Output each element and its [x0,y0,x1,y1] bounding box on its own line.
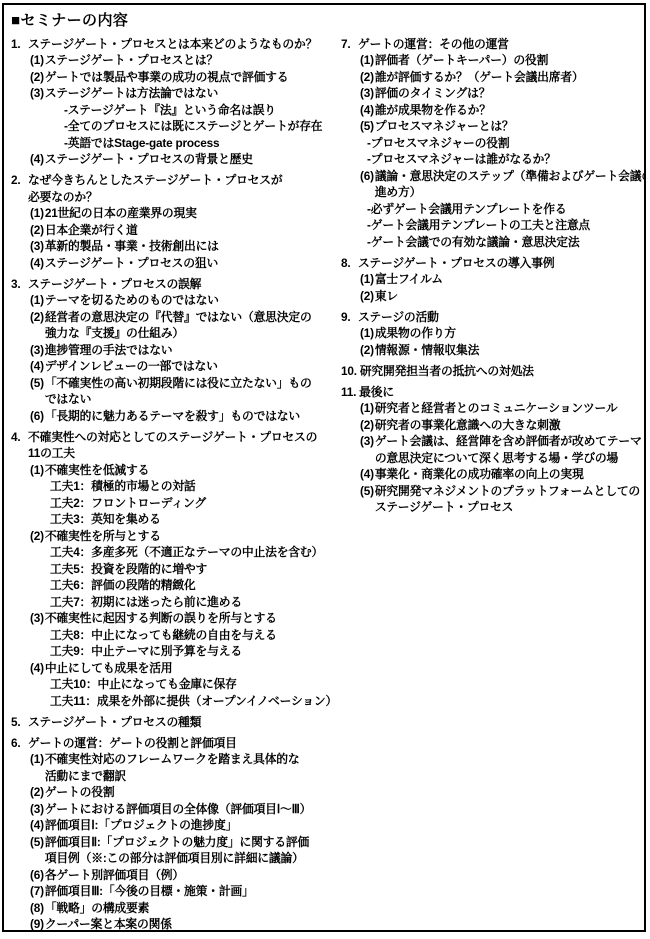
outline-subitem: -プロセスマネジャーは誰がなるか？ [367,151,639,168]
item-text: 「戦略」の構成要素 [45,900,149,917]
outline-item: (4)評価項目Ⅰ:「プロジェクトの進捗度」 [30,817,341,834]
outline-subitem: -プロセスマネジャーの役割 [367,135,639,152]
item-label: 9. [341,309,358,326]
item-label: (4) [30,660,45,677]
item-text: 工夫6：評価の段階的精緻化 [50,577,196,594]
item-label: (2) [360,69,375,86]
item-label: (5) [360,118,375,135]
item-label: (1) [30,462,45,479]
outline-item: (2)不確実性を所与とする [30,528,341,545]
outline-item: (1)21世紀の日本の産業界の現実 [30,205,341,222]
section-3: 3.ステージゲート・プロセスの誤解(1)テーマを切るためのものではない(2)経営… [11,276,341,425]
item-label: (4) [30,817,45,834]
outline-item: (3)ゲート会議は、経営陣を含め評価者が改めてテーマの意思決定について深く思考す… [360,433,639,466]
item-label: (2) [30,784,45,801]
outline-item: (3)ステージゲートは方法論ではない [30,85,341,102]
item-label: (3) [360,85,375,102]
item-text: 各ゲート別評価項目（例） [45,867,184,884]
item-text: なぜ今きちんとしたステージゲート・プロセスが必要なのか？ [28,172,282,205]
item-text: 研究開発マネジメントのプラットフォームとしてのステージゲート・プロセス [375,483,640,516]
outline-item: (2)日本企業が行く道 [30,222,341,239]
item-text: 成果物の作り方 [375,325,456,342]
outline-subitem: 工夫3：英知を集める [50,511,341,528]
outline-subitem: 工夫10：中止になっても金庫に保存 [50,676,341,693]
item-text: 不確実性に起因する判断の誤りを所与とする [45,610,277,627]
item-text: デザインレビューの一部ではない [45,358,218,375]
section-5: 5.ステージゲート・プロセスの種類 [11,714,341,731]
outline-columns: 1.ステージゲート・プロセスとは本来どのようなものか？(1)ステージゲート・プロ… [11,31,639,932]
item-label: (3) [360,433,375,450]
item-label: 8. [341,255,358,272]
item-label: (2) [30,69,45,86]
item-text: 経営者の意思決定の『代替』ではない（意思決定の強力な『支援』の仕組み） [45,309,312,342]
item-text: ステージゲート・プロセスの誤解 [28,276,201,293]
section-heading: 4.不確実性への対応としてのステージゲート・プロセスの11の工夫 [11,429,341,462]
item-label: (6) [360,168,375,185]
item-text: 中止にしても成果を活用 [45,660,173,677]
item-label: (4) [360,102,375,119]
item-label: 4. [11,429,28,446]
section-heading: 10.研究開発担当者の抵抗への対処法 [341,363,639,380]
item-label: (4) [30,358,45,375]
outline-item: (2)経営者の意思決定の『代替』ではない（意思決定の強力な『支援』の仕組み） [30,309,341,342]
outline-item: (6)「長期的に魅力あるテーマを殺す」ものではない [30,408,341,425]
outline-subitem: -英語ではStage-gate process [64,135,341,152]
item-label: (3) [30,238,45,255]
item-text: 工夫8：中止になっても継続の自由を与える [50,627,277,644]
item-text: 「不確実性の高い初期段階には役に立たない」ものではない [45,375,312,408]
outline-item: (4)ステージゲート・プロセスの狙い [30,255,341,272]
item-text: 工夫9：中止テーマに別予算を与える [50,643,242,660]
outline-item: (6)各ゲート別評価項目（例） [30,867,341,884]
item-text: ゲートにおける評価項目の全体像（評価項目Ⅰ～Ⅲ） [45,801,311,818]
item-text: 工夫11：成果を外部に提供（オープンイノベーション） [50,693,337,710]
item-text: 評価項目Ⅲ:「今後の目標・施策・計画」 [45,883,254,900]
section-7: 7.ゲートの運営：その他の運営(1)評価者（ゲートキーパー）の役割(2)誰が評価… [341,36,639,251]
item-text: 工夫2：フロントローディング [50,495,206,512]
outline-item: (2)情報源・情報収集法 [360,342,639,359]
item-label: (6) [30,408,45,425]
item-text: ゲートの運営：ゲートの役割と評価項目 [28,735,237,752]
item-text: -ゲート会議での有効な議論・意思決定法 [367,234,579,251]
outline-item: (4)中止にしても成果を活用 [30,660,341,677]
item-text: 最後に [359,384,394,401]
item-text: ステージゲート・プロセスの種類 [28,714,201,731]
outline-subitem: 工夫11：成果を外部に提供（オープンイノベーション） [50,693,341,710]
item-text: 日本企業が行く道 [45,222,138,239]
outline-subitem: -全てのプロセスには既にステージとゲートが存在 [64,118,341,135]
outline-item: (1)成果物の作り方 [360,325,639,342]
item-text: 研究者の事業化意識への大きな刺激 [375,417,561,434]
item-text: -必ずゲート会議用テンプレートを作る [367,201,566,218]
item-text: ステージゲート・プロセスの背景と歴史 [45,151,253,168]
item-text: 事業化・商業化の成功確率の向上の実現 [375,466,584,483]
item-label: 10. [341,363,360,380]
item-label: 5. [11,714,28,731]
outline-subitem: 工夫6：評価の段階的精緻化 [50,577,341,594]
outline-subitem: 工夫1：積極的市場との対話 [50,478,341,495]
outline-subitem: 工夫7：初期には迷ったら前に進める [50,594,341,611]
section-heading: 6.ゲートの運営：ゲートの役割と評価項目 [11,735,341,752]
item-text: -プロセスマネジャーは誰がなるか？ [367,151,556,168]
item-label: (1) [30,751,45,768]
section-2: 2.なぜ今きちんとしたステージゲート・プロセスが必要なのか？(1)21世紀の日本… [11,172,341,271]
outline-item: (1)評価者（ゲートキーパー）の役割 [360,52,639,69]
item-label: (3) [30,610,45,627]
page-title: ■セミナーの内容 [11,11,639,30]
item-text: テーマを切るためのものではない [45,292,219,309]
item-text: クーパー案と本案の関係 [45,916,172,932]
item-text: 評価項目Ⅰ:「プロジェクトの進捗度」 [45,817,237,834]
item-label: (2) [360,342,375,359]
item-text: 評価者（ゲートキーパー）の役割 [375,52,548,69]
item-text: プロセスマネジャーとは？ [375,118,514,135]
item-label: 2. [11,172,28,189]
item-label: (6) [30,867,45,884]
item-text: ステージゲート・プロセスとは本来どのようなものか？ [28,36,317,53]
item-label: (3) [30,342,45,359]
item-label: (5) [360,483,375,500]
outline-item: (1)富士フイルム [360,271,639,288]
outline-item: (5)プロセスマネジャーとは？ [360,118,639,135]
item-text: 評価項目Ⅱ:「プロジェクトの魅力度」に関する評価項目例（※:この部分は評価項目別… [45,834,309,867]
section-heading: 7.ゲートの運営：その他の運営 [341,36,639,53]
item-text: 研究者と経営者とのコミュニケーションツール [375,400,618,417]
item-text: -英語ではStage-gate process [64,135,219,152]
section-heading: 11.最後に [341,384,639,401]
outline-item: (2)ゲートでは製品や事業の成功の視点で評価する [30,69,341,86]
item-text: 不確実性への対応としてのステージゲート・プロセスの11の工夫 [28,429,317,462]
item-label: (4) [30,151,45,168]
outline-item: (5)評価項目Ⅱ:「プロジェクトの魅力度」に関する評価項目例（※:この部分は評価… [30,834,341,867]
outline-item: (5)研究開発マネジメントのプラットフォームとしてのステージゲート・プロセス [360,483,639,516]
section-6: 6.ゲートの運営：ゲートの役割と評価項目(1)不確実性対応のフレームワークを踏ま… [11,735,341,933]
outline-item: (2)ゲートの役割 [30,784,341,801]
outline-item: (4)デザインレビューの一部ではない [30,358,341,375]
outline-item: (1)テーマを切るためのものではない [30,292,341,309]
item-text: -全てのプロセスには既にステージとゲートが存在 [64,118,322,135]
item-label: 6. [11,735,28,752]
item-text: 21世紀の日本の産業界の現実 [45,205,197,222]
item-label: (1) [360,271,375,288]
item-text: -ステージゲート『法』という命名は誤り [64,102,276,119]
outline-item: (8)「戦略」の構成要素 [30,900,341,917]
item-text: ゲートの役割 [45,784,115,801]
outline-item: (9)クーパー案と本案の関係 [30,916,341,932]
outline-item: (3)ゲートにおける評価項目の全体像（評価項目Ⅰ～Ⅲ） [30,801,341,818]
outline-subitem: 工夫2：フロントローディング [50,495,341,512]
item-text: ステージゲート・プロセスとは？ [45,52,218,69]
item-text: 工夫3：英知を集める [50,511,161,528]
item-text: -プロセスマネジャーの役割 [367,135,509,152]
left-column: 1.ステージゲート・プロセスとは本来どのようなものか？(1)ステージゲート・プロ… [11,31,341,932]
item-text: 革新的製品・事業・技術創出には [45,238,219,255]
section-heading: 8.ステージゲート・プロセスの導入事例 [341,255,639,272]
section-4: 4.不確実性への対応としてのステージゲート・プロセスの11の工夫(1)不確実性を… [11,429,341,710]
item-text: ゲートでは製品や事業の成功の視点で評価する [45,69,289,86]
item-text: 富士フイルム [375,271,443,288]
item-text: 誰が成果物を作るか？ [375,102,491,119]
item-label: 1. [11,36,28,53]
item-text: ステージゲートは方法論ではない [45,85,218,102]
item-label: (1) [360,52,375,69]
item-label: (4) [360,466,375,483]
outline-item: (1)研究者と経営者とのコミュニケーションツール [360,400,639,417]
item-label: (8) [30,900,45,917]
item-label: (3) [30,85,45,102]
item-text: 工夫5：投資を段階的に増やす [50,561,207,578]
outline-item: (1)ステージゲート・プロセスとは？ [30,52,341,69]
section-8: 8.ステージゲート・プロセスの導入事例(1)富士フイルム(2)東レ [341,255,639,305]
item-label: (1) [30,292,45,309]
outline-item: (4)ステージゲート・プロセスの背景と歴史 [30,151,341,168]
right-column: 7.ゲートの運営：その他の運営(1)評価者（ゲートキーパー）の役割(2)誰が評価… [341,31,639,932]
outline-item: (6)議論・意思決定のステップ（準備およびゲート会議の進め方） [360,168,639,201]
item-label: (5) [30,375,45,392]
outline-item: (2)東レ [360,288,639,305]
outline-item: (2)誰が評価するか？（ゲート会議出席者） [360,69,639,86]
item-text: 東レ [375,288,398,305]
outline-subitem: -ゲート会議での有効な議論・意思決定法 [367,234,639,251]
section-heading: 2.なぜ今きちんとしたステージゲート・プロセスが必要なのか？ [11,172,341,205]
item-text: 不確実性を所与とする [45,528,161,545]
section-heading: 1.ステージゲート・プロセスとは本来どのようなものか？ [11,36,341,53]
item-label: 7. [341,36,358,53]
item-text: ステージゲート・プロセスの狙い [45,255,218,272]
outline-item: (1)不確実性を低減する [30,462,341,479]
item-label: (2) [360,417,375,434]
item-text: ゲート会議は、経営陣を含め評価者が改めてテーマの意思決定について深く思考する場・… [375,433,642,466]
item-label: (1) [360,400,375,417]
outline-item: (4)事業化・商業化の成功確率の向上の実現 [360,466,639,483]
item-label: (1) [30,205,45,222]
item-label: (2) [360,288,375,305]
item-label: (7) [30,883,45,900]
outline-item: (3)評価のタイミングは？ [360,85,639,102]
item-text: 工夫4：多産多死（不適正なテーマの中止法を含む） [50,544,323,561]
item-label: (1) [30,52,45,69]
outline-item: (1)不確実性対応のフレームワークを踏まえ具体的な活動にまで翻訳 [30,751,341,784]
item-label: (2) [30,309,45,326]
outline-subitem: 工夫4：多産多死（不適正なテーマの中止法を含む） [50,544,341,561]
section-10: 10.研究開発担当者の抵抗への対処法 [341,363,639,380]
outline-subitem: 工夫8：中止になっても継続の自由を与える [50,627,341,644]
outline-subitem: 工夫5：投資を段階的に増やす [50,561,341,578]
item-text: ステージの活動 [358,309,439,326]
seminar-outline-page: ■セミナーの内容 1.ステージゲート・プロセスとは本来どのようなものか？(1)ス… [2,3,646,932]
section-11: 11.最後に(1)研究者と経営者とのコミュニケーションツール(2)研究者の事業化… [341,384,639,516]
outline-subitem: -ステージゲート『法』という命名は誤り [64,102,341,119]
outline-item: (7)評価項目Ⅲ:「今後の目標・施策・計画」 [30,883,341,900]
item-text: 評価のタイミングは？ [375,85,491,102]
item-text: -ゲート会議用テンプレートの工夫と注意点 [367,217,590,234]
item-label: (4) [30,255,45,272]
item-label: 3. [11,276,28,293]
item-text: 情報源・情報収集法 [375,342,479,359]
outline-item: (4)誰が成果物を作るか？ [360,102,639,119]
item-text: 不確実性を低減する [45,462,149,479]
outline-item: (3)進捗管理の手法ではない [30,342,341,359]
item-text: 不確実性対応のフレームワークを踏まえ具体的な活動にまで翻訳 [45,751,300,784]
section-9: 9.ステージの活動(1)成果物の作り方(2)情報源・情報収集法 [341,309,639,359]
item-label: (2) [30,528,45,545]
item-text: 工夫1：積極的市場との対話 [50,478,196,495]
item-label: (1) [360,325,375,342]
item-label: 11. [341,384,359,401]
outline-item: (5)「不確実性の高い初期段階には役に立たない」ものではない [30,375,341,408]
outline-subitem: -必ずゲート会議用テンプレートを作る [367,201,639,218]
item-label: (5) [30,834,45,851]
outline-item: (2)研究者の事業化意識への大きな刺激 [360,417,639,434]
item-label: (2) [30,222,45,239]
section-heading: 9.ステージの活動 [341,309,639,326]
outline-item: (3)不確実性に起因する判断の誤りを所与とする [30,610,341,627]
item-label: (3) [30,801,45,818]
item-label: (9) [30,916,45,932]
item-text: 議論・意思決定のステップ（準備およびゲート会議の進め方） [375,168,646,201]
item-text: 「長期的に魅力あるテーマを殺す」ものではない [45,408,300,425]
section-1: 1.ステージゲート・プロセスとは本来どのようなものか？(1)ステージゲート・プロ… [11,36,341,168]
outline-subitem: 工夫9：中止テーマに別予算を与える [50,643,341,660]
section-heading: 3.ステージゲート・プロセスの誤解 [11,276,341,293]
item-text: 研究開発担当者の抵抗への対処法 [360,363,534,380]
item-text: ステージゲート・プロセスの導入事例 [358,255,554,272]
item-text: ゲートの運営：その他の運営 [358,36,509,53]
section-heading: 5.ステージゲート・プロセスの種類 [11,714,341,731]
outline-item: (3)革新的製品・事業・技術創出には [30,238,341,255]
item-text: 工夫7：初期には迷ったら前に進める [50,594,242,611]
item-text: 進捗管理の手法ではない [45,342,173,359]
item-text: 工夫10：中止になっても金庫に保存 [50,676,237,693]
item-text: 誰が評価するか？（ゲート会議出席者） [375,69,584,86]
outline-subitem: -ゲート会議用テンプレートの工夫と注意点 [367,217,639,234]
